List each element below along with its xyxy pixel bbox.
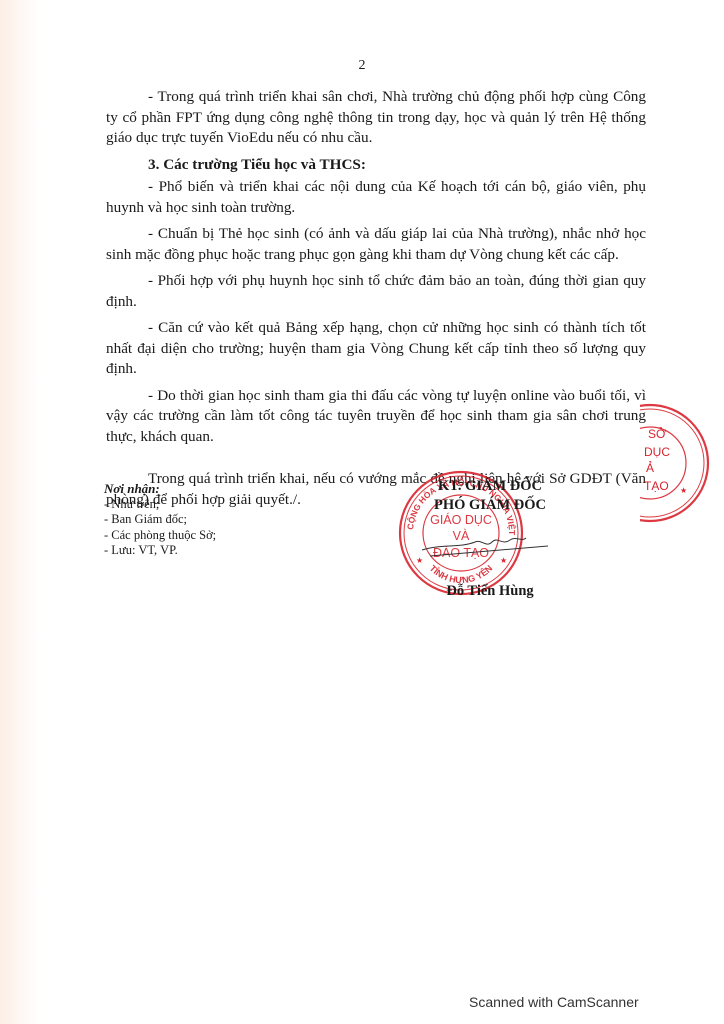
signature-line2: PHÓ GIÁM ĐỐC — [400, 496, 580, 515]
scan-edge-tint — [0, 0, 40, 1024]
recipient-item: - Như trên; — [104, 497, 216, 513]
paragraph-fpt: - Trong quá trình triển khai sân chơi, N… — [106, 87, 646, 149]
partial-seal-icon: SỞ DỤC Ả TẠO ★ — [640, 398, 724, 528]
handwritten-signature-icon — [420, 530, 550, 560]
recipients-label: Nơi nhận: — [104, 481, 216, 497]
recipient-item: - Lưu: VT, VP. — [104, 543, 216, 559]
recipient-item: - Ban Giám đốc; — [104, 512, 216, 528]
section-heading: 3. Các trường Tiểu học và THCS: — [106, 155, 646, 176]
page-number: 2 — [0, 58, 724, 74]
svg-text:★: ★ — [680, 486, 687, 495]
list-item: - Do thời gian học sinh tham gia thi đấu… — [106, 386, 646, 448]
signer-name: Đỗ Tiến Hùng — [400, 583, 580, 600]
list-item: - Căn cứ vào kết quả Bảng xếp hạng, chọn… — [106, 318, 646, 380]
camscanner-watermark: Scanned with CamScanner — [469, 994, 639, 1010]
svg-text:DỤC: DỤC — [644, 445, 670, 459]
signature-line1: KT. GIÁM ĐỐC — [400, 477, 580, 496]
document-body: - Trong quá trình triển khai sân chơi, N… — [106, 87, 646, 516]
list-item: - Chuẩn bị Thẻ học sinh (có ảnh và dấu g… — [106, 224, 646, 265]
svg-text:TẠO: TẠO — [644, 479, 669, 493]
stamp-bottom-text: TỈNH HƯNG YÊN — [428, 563, 495, 585]
list-item: - Phổ biến và triển khai các nội dung củ… — [106, 177, 646, 218]
recipients-block: Nơi nhận: - Như trên; - Ban Giám đốc; - … — [104, 481, 216, 559]
list-item: - Phối hợp với phụ huynh học sinh tổ chứ… — [106, 271, 646, 312]
stamp-fragment: SỞ — [648, 426, 667, 441]
recipient-item: - Các phòng thuộc Sở; — [104, 528, 216, 544]
signature-title: KT. GIÁM ĐỐC PHÓ GIÁM ĐỐC — [400, 477, 580, 515]
svg-text:TỈNH HƯNG YÊN: TỈNH HƯNG YÊN — [428, 563, 495, 585]
svg-text:Ả: Ả — [646, 460, 654, 475]
